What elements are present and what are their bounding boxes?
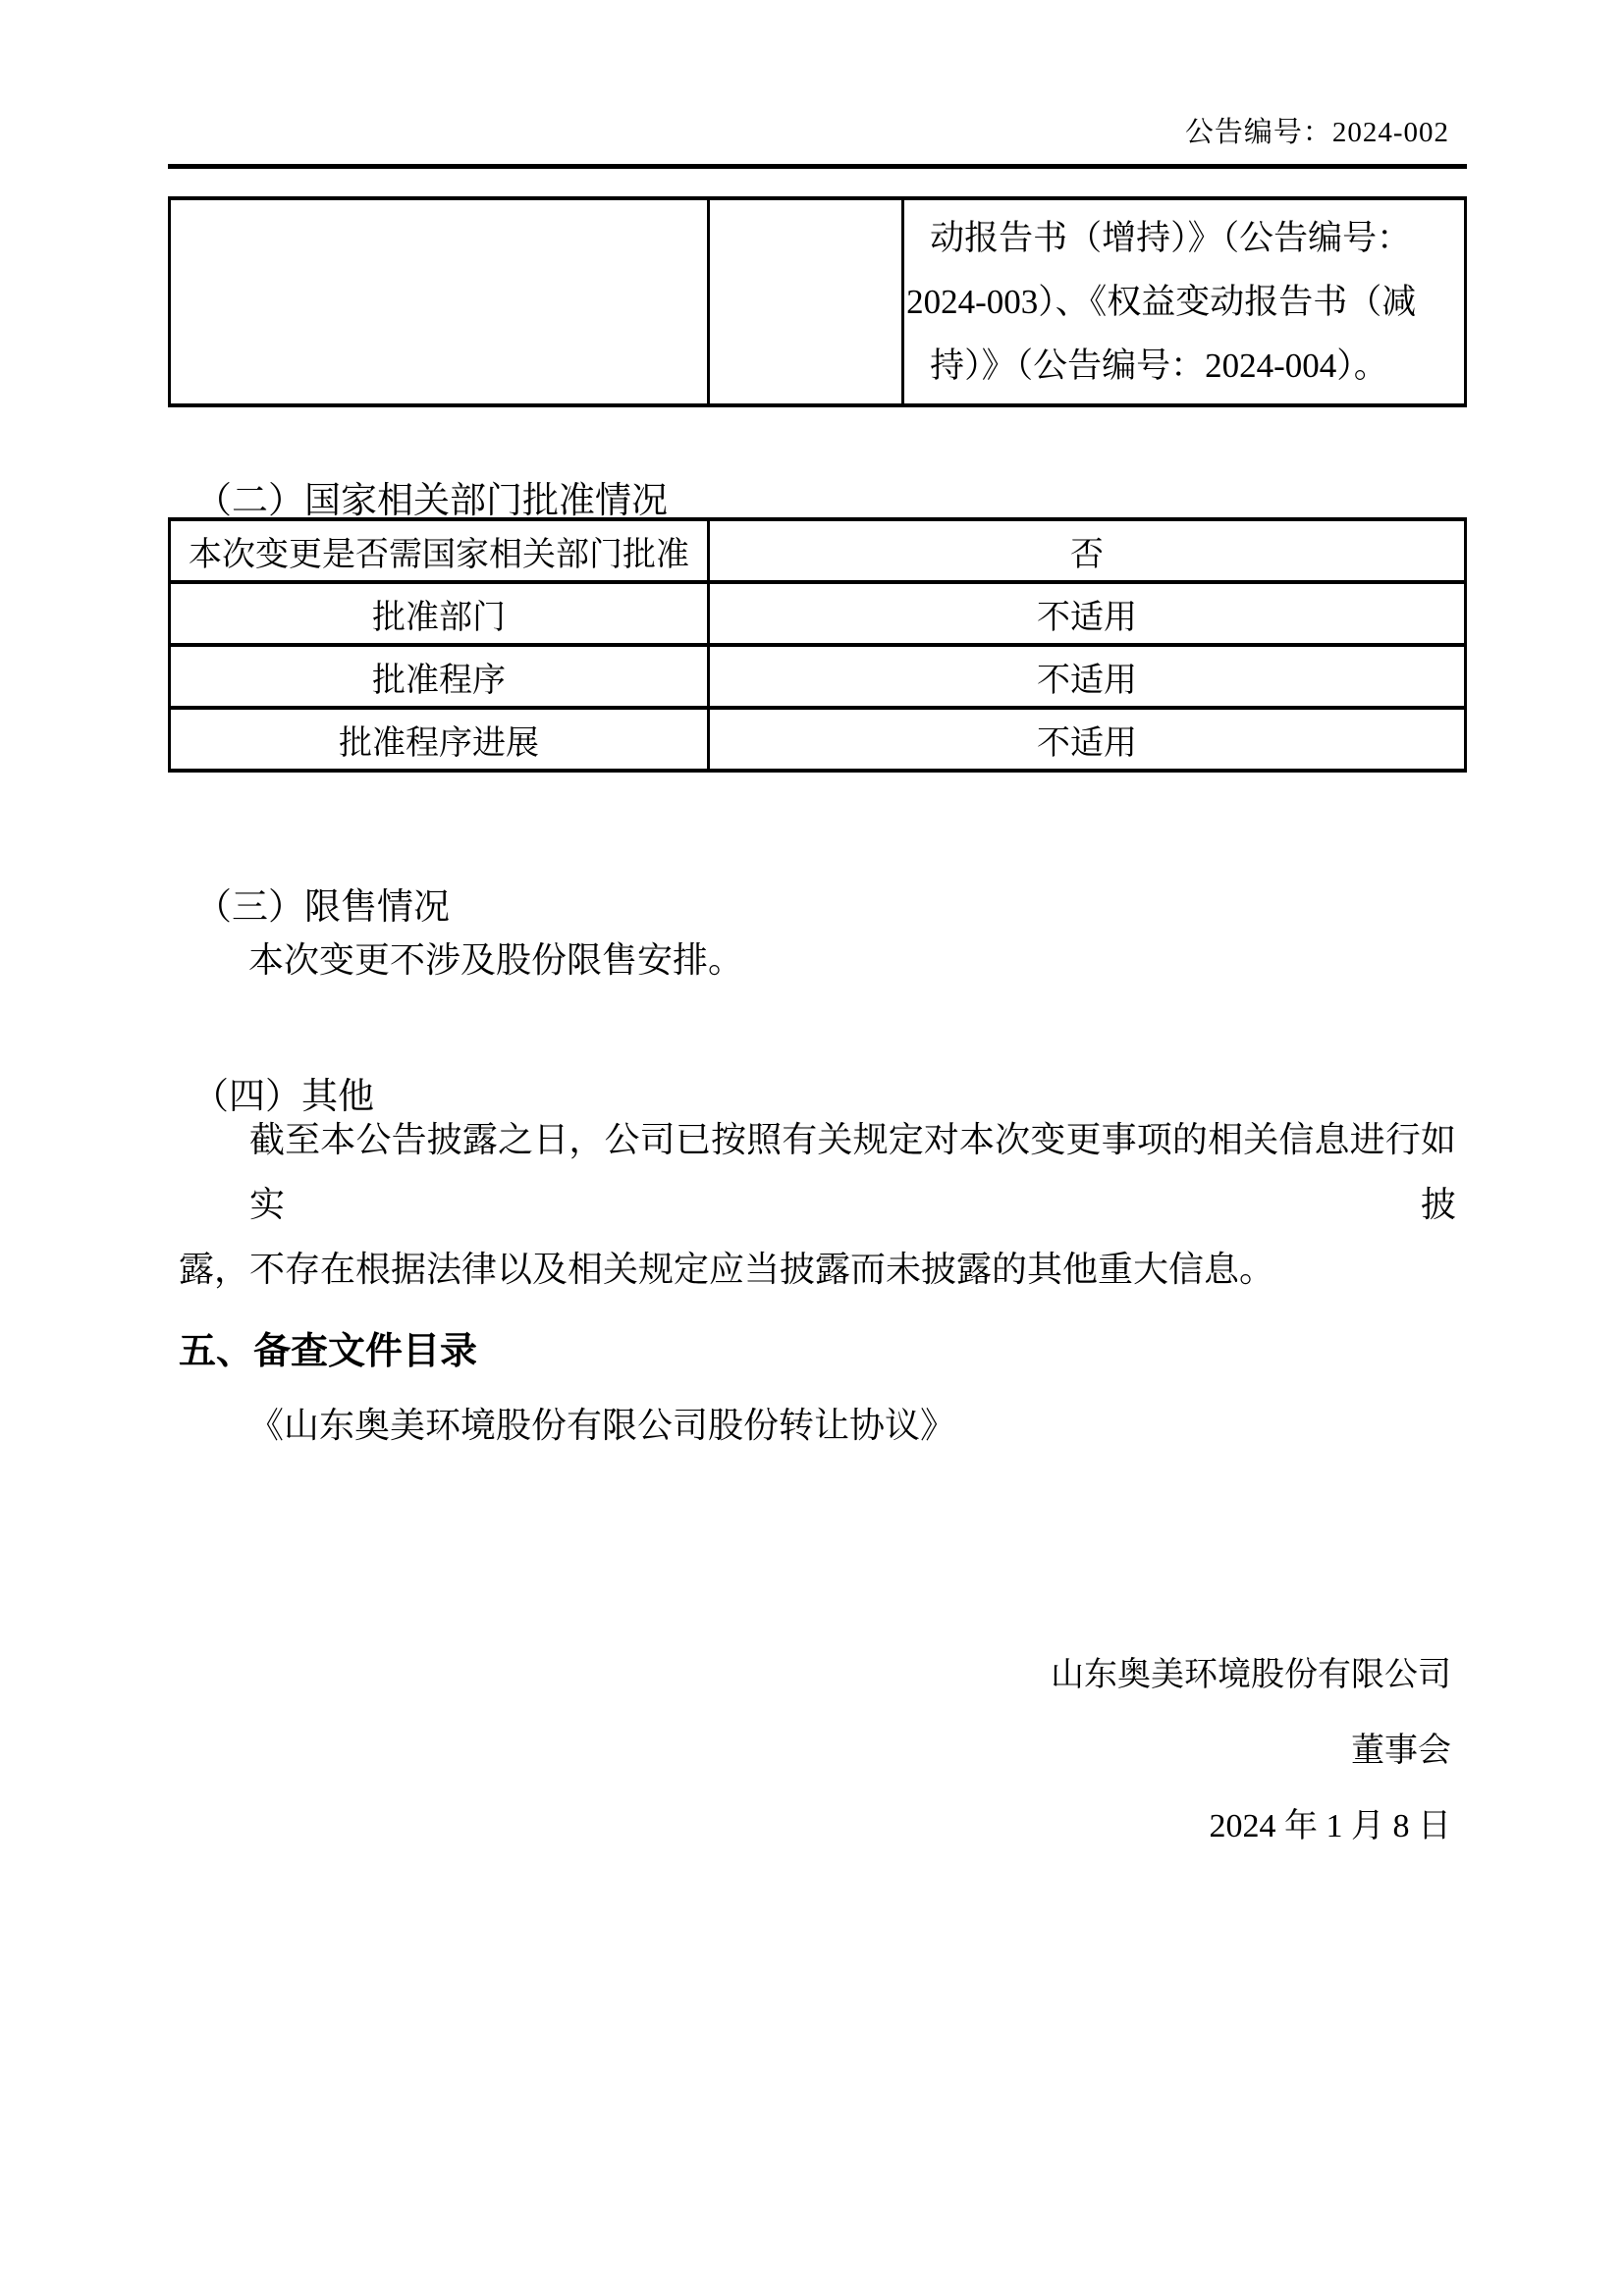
signature-board: 董事会 (1051, 1713, 1451, 1789)
approval-table-row: 批准程序 不适用 (170, 645, 1466, 708)
section-4-paragraph-line-1: 截至本公告披露之日，公司已按照有关规定对本次变更事项的相关信息进行如实披 (179, 1107, 1456, 1237)
approval-row-value: 不适用 (709, 708, 1466, 771)
section-5-document-item: 《山东奥美环境股份有限公司股份转让协议》 (248, 1398, 955, 1448)
document-page: 公告编号：2024-002 动报告书（增持）》（公告编号： 2024-003）、… (0, 0, 1624, 2296)
continuation-cell-empty-2 (709, 198, 903, 405)
section-2-heading: （二）国家相关部门批准情况 (195, 470, 668, 523)
section-5-heading: 五、备查文件目录 (179, 1320, 477, 1374)
continuation-cell-empty-1 (170, 198, 709, 405)
announcement-number: 公告编号：2024-002 (1185, 110, 1449, 150)
approval-table: 本次变更是否需国家相关部门批准 否 批准部门 不适用 批准程序 不适用 批准程序… (168, 517, 1467, 773)
section-3-heading: （三）限售情况 (195, 877, 450, 930)
approval-row-value: 不适用 (709, 582, 1466, 645)
continuation-row: 动报告书（增持）》（公告编号： 2024-003）、《权益变动报告书（减 持）》… (170, 198, 1466, 405)
signature-company: 山东奥美环境股份有限公司 (1051, 1637, 1451, 1713)
continuation-text-line: 持）》（公告编号：2024-004）。 (930, 334, 1452, 398)
continuation-table: 动报告书（增持）》（公告编号： 2024-003）、《权益变动报告书（减 持）》… (168, 196, 1467, 407)
approval-row-label: 本次变更是否需国家相关部门批准 (170, 519, 709, 582)
continuation-text-line: 动报告书（增持）》（公告编号： (930, 206, 1452, 270)
approval-row-label: 批准部门 (170, 582, 709, 645)
approval-row-label: 批准程序进展 (170, 708, 709, 771)
section-3-paragraph: 本次变更不涉及股份限售安排。 (248, 933, 743, 983)
signature-block: 山东奥美环境股份有限公司 董事会 2024 年 1 月 8 日 (1051, 1637, 1451, 1864)
approval-row-label: 批准程序 (170, 645, 709, 708)
header-rule (168, 164, 1467, 169)
approval-row-value: 不适用 (709, 645, 1466, 708)
signature-date: 2024 年 1 月 8 日 (1051, 1789, 1451, 1864)
approval-table-row: 批准程序进展 不适用 (170, 708, 1466, 771)
approval-table-row: 本次变更是否需国家相关部门批准 否 (170, 519, 1466, 582)
section-4-paragraph: 截至本公告披露之日，公司已按照有关规定对本次变更事项的相关信息进行如实披 露，不… (179, 1107, 1456, 1302)
section-4-paragraph-line-2: 露，不存在根据法律以及相关规定应当披露而未披露的其他重大信息。 (179, 1237, 1456, 1302)
continuation-cell-text: 动报告书（增持）》（公告编号： 2024-003）、《权益变动报告书（减 持）》… (903, 198, 1466, 405)
approval-row-value: 否 (709, 519, 1466, 582)
approval-table-row: 批准部门 不适用 (170, 582, 1466, 645)
continuation-text-line: 2024-003）、《权益变动报告书（减 (906, 270, 1452, 334)
